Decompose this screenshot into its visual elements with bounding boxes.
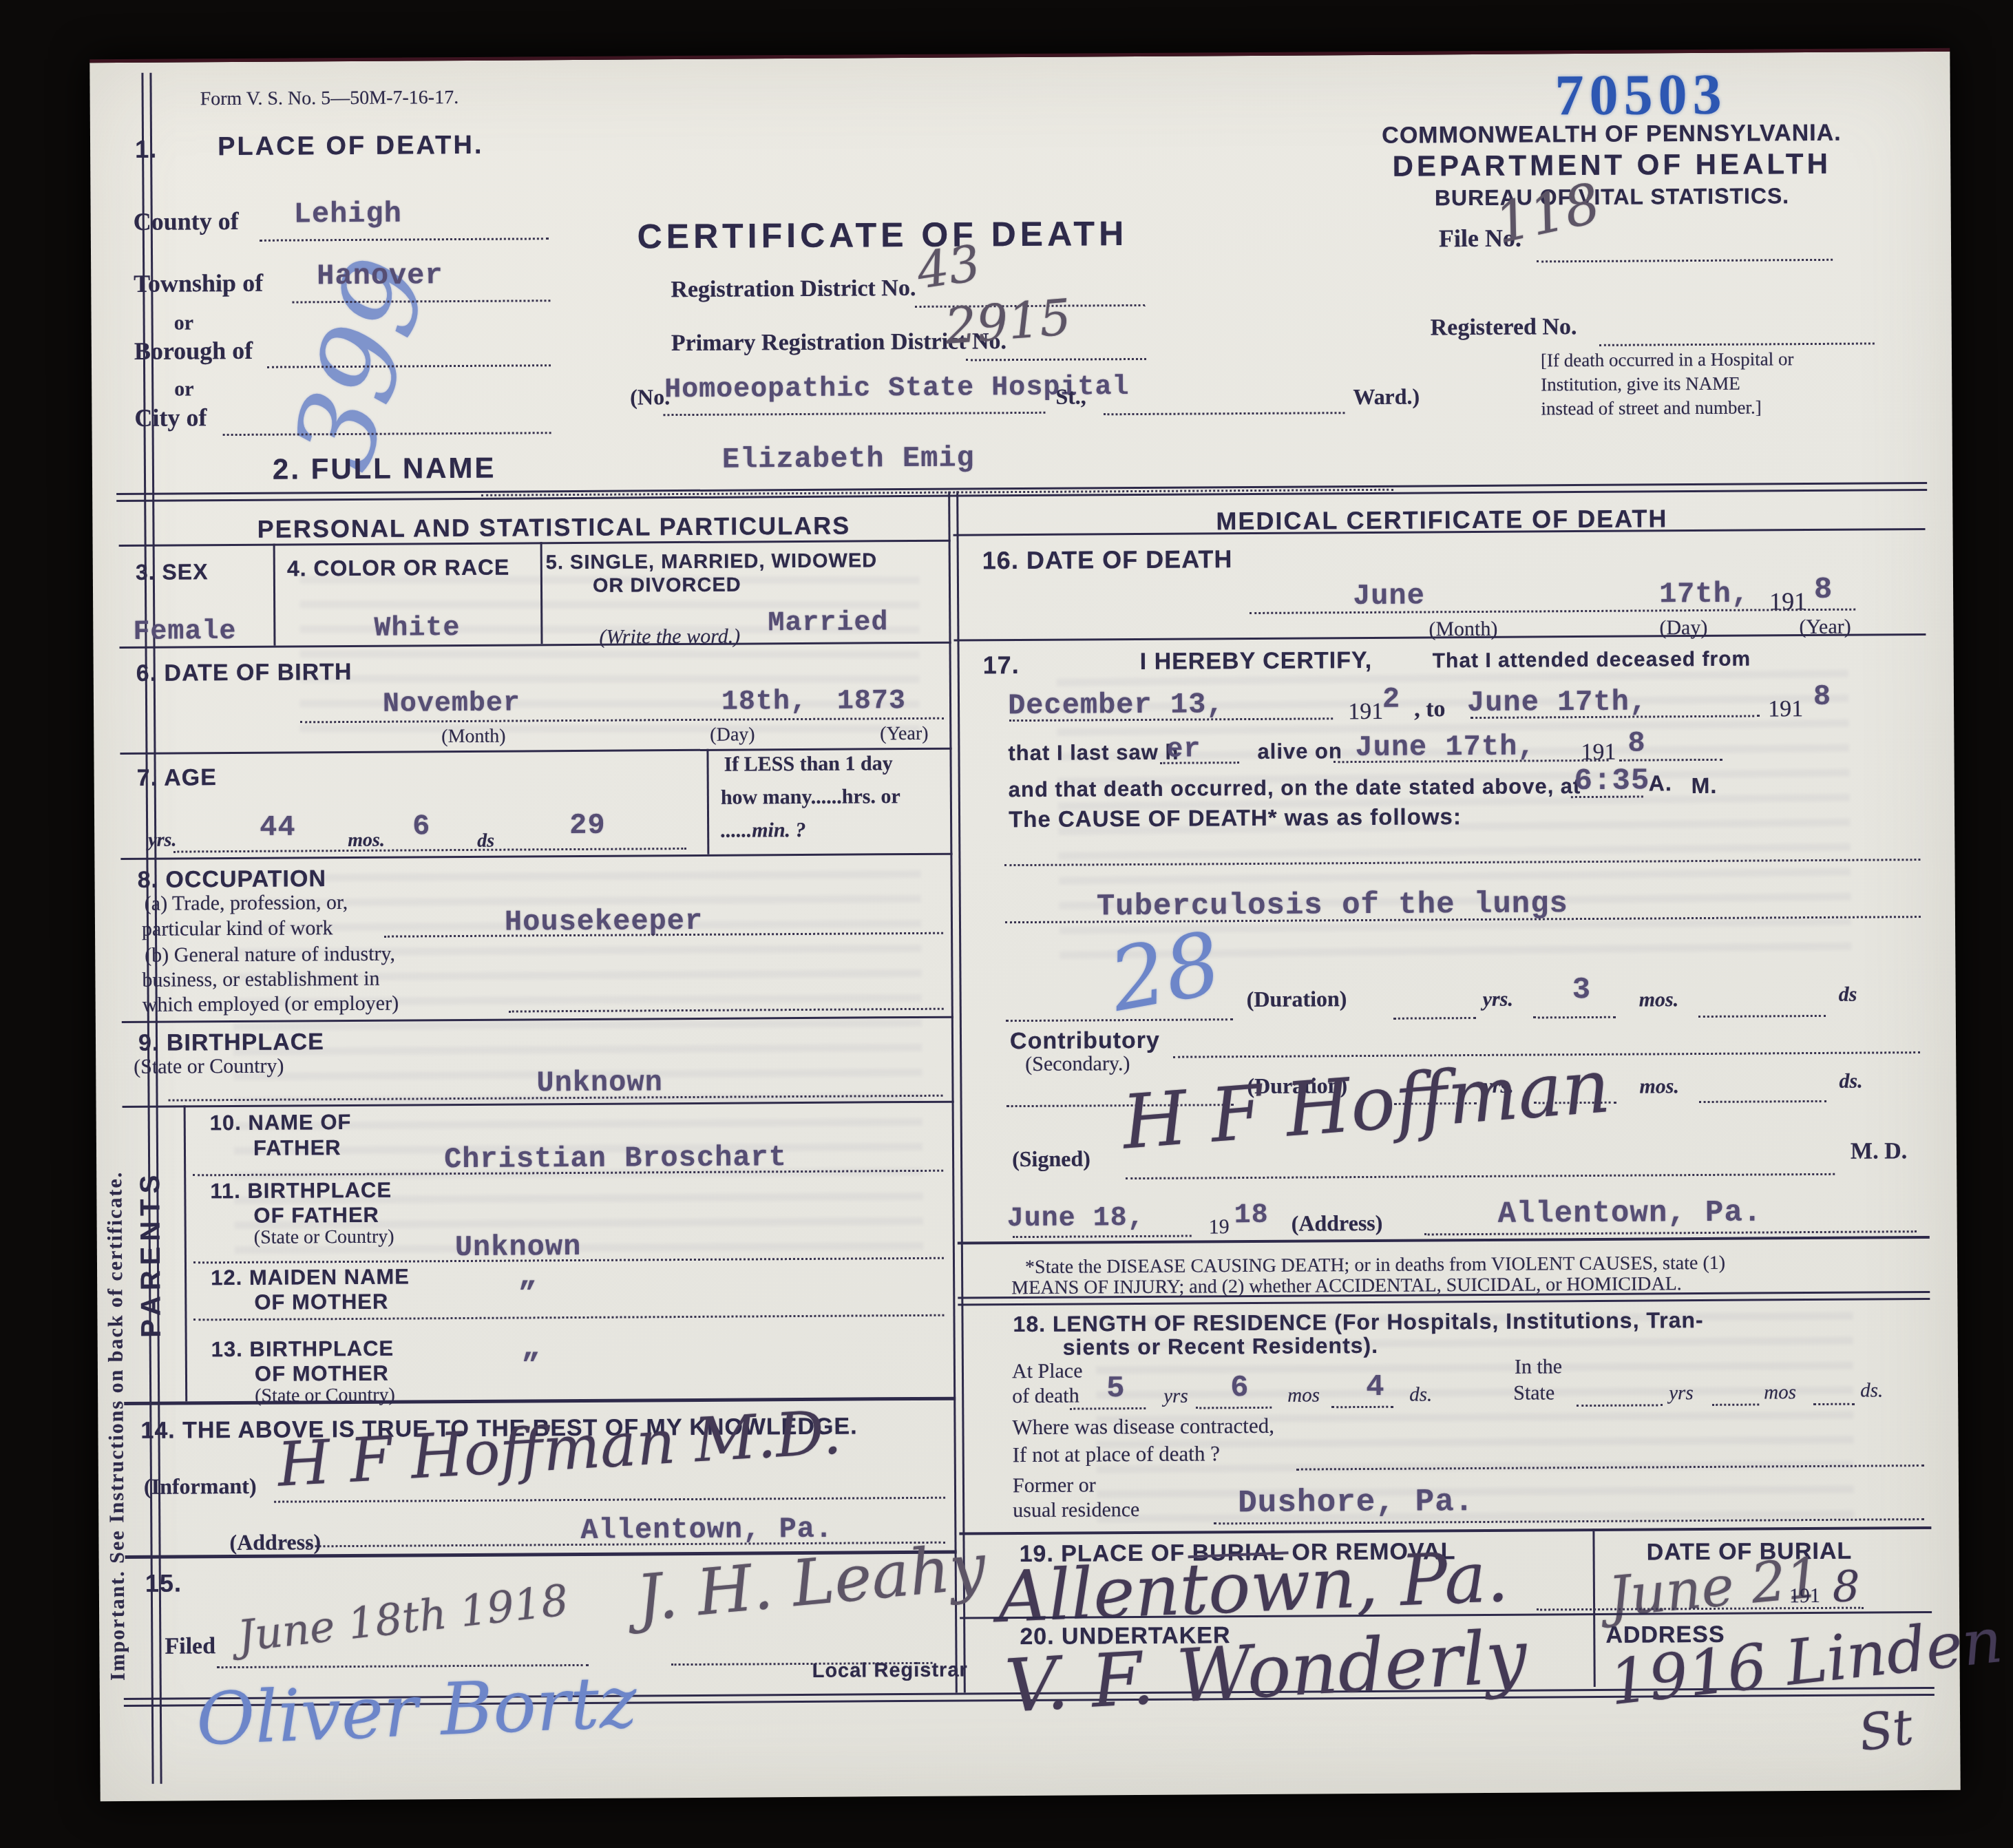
marital-value: Married <box>768 607 888 639</box>
dotted-line <box>1331 1406 1393 1409</box>
dotted-line <box>193 1314 944 1321</box>
saw-year-value: 8 <box>1627 726 1646 759</box>
state-mos-label: mos <box>1764 1381 1796 1404</box>
township-value: Hanover <box>317 259 443 293</box>
burial-year-preprint: 191 <box>1789 1584 1820 1608</box>
saw-year-preprint: 191 <box>1581 739 1616 766</box>
mother-birthplace-label2: OF MOTHER <box>255 1361 389 1387</box>
where-contracted-label1: Where was disease contracted, <box>1012 1414 1274 1440</box>
birth-day-value: 18th, <box>721 686 808 718</box>
mother-name-label2: OF MOTHER <box>254 1290 388 1315</box>
death-month-value: June <box>1353 579 1425 613</box>
signed-year-value: 18 <box>1234 1200 1268 1231</box>
birth-month-value: November <box>383 688 520 720</box>
date-of-birth-label: 6. DATE OF BIRTH <box>136 659 352 687</box>
dotted-line <box>1250 609 1855 614</box>
age-less-line1: If LESS than 1 day <box>724 752 892 776</box>
father-birthplace-hint: (State or Country) <box>254 1226 394 1249</box>
dotted-line <box>274 1497 945 1503</box>
mother-birthplace-ditto: ” <box>522 1349 541 1383</box>
state-yrs-label: yrs <box>1669 1382 1694 1405</box>
former-residence-label2: usual residence <box>1013 1498 1139 1522</box>
dotted-line <box>966 358 1146 361</box>
certify-rest-label: That I attended deceased from <box>1433 648 1751 673</box>
age-mos-value: 6 <box>412 810 431 843</box>
informant-address-label: (Address) <box>229 1529 321 1555</box>
borough-label: Borough of <box>134 336 253 366</box>
informant-label: (Informant) <box>144 1473 257 1500</box>
birth-year-value: 1873 <box>837 686 906 717</box>
dotted-line <box>663 412 1045 416</box>
at-place-label2: of death <box>1012 1385 1079 1409</box>
sex-value: Female <box>133 616 236 648</box>
duration-yrs-label: yrs. <box>1483 988 1513 1011</box>
county-label: County of <box>134 207 239 236</box>
filed-date-handwriting: June 18th 1918 <box>235 1575 571 1661</box>
last-saw-date-value: June 17th, <box>1355 730 1535 764</box>
am-label: A. <box>1649 770 1672 796</box>
dotted-line <box>1126 1173 1835 1179</box>
father-name-label2: FATHER <box>253 1135 341 1161</box>
mother-birthplace-label1: 13. BIRTHPLACE <box>211 1336 394 1363</box>
cell-divider <box>706 749 709 854</box>
residence-yrs-label: yrs <box>1163 1385 1188 1408</box>
duration2-mos-label: mos. <box>1639 1075 1679 1098</box>
duration-mos-label: mos. <box>1639 988 1679 1011</box>
md-label: M. D. <box>1851 1138 1907 1165</box>
father-name-label1: 10. NAME OF <box>210 1110 352 1135</box>
state-ds-label: ds. <box>1860 1379 1883 1402</box>
dotted-line <box>1393 1017 1476 1020</box>
commonwealth-line: COMMONWEALTH OF PENNSYLVANIA. <box>1326 119 1897 149</box>
city-label: City of <box>134 403 207 432</box>
place-of-death-heading: PLACE OF DEATH. <box>218 131 484 162</box>
race-value: White <box>374 613 460 644</box>
age-yrs-value: 44 <box>260 810 296 843</box>
residence-ds-value: 4 <box>1366 1370 1385 1405</box>
former-residence-label1: Former or <box>1013 1473 1096 1498</box>
age-yrs-label: yrs. <box>148 830 176 852</box>
registration-district-value: 43 <box>914 233 984 300</box>
rule <box>120 853 952 860</box>
occupation-a-label2: particular kind of work <box>142 916 333 941</box>
physician-signature: H F Hoffman <box>1119 1043 1613 1166</box>
dotted-line <box>1013 1235 1192 1239</box>
mother-name-label1: 12. MAIDEN NAME <box>211 1264 410 1290</box>
column-divider-rule <box>948 492 966 1693</box>
occupation-a-label1: (a) Trade, profession, or, <box>145 891 348 916</box>
duration-ds-label: ds <box>1839 983 1857 1007</box>
death-year-value: 8 <box>1814 573 1833 607</box>
section1-number: 1. <box>135 135 157 164</box>
last-saw-label: that I last saw h <box>1008 740 1179 766</box>
cell-divider <box>540 542 543 644</box>
bureau-line: BUREAU OF VITAL STATISTICS. <box>1326 182 1897 211</box>
section17-number: 17. <box>983 651 1020 680</box>
death-occurred-label: and that death occurred, on the date sta… <box>1009 774 1581 802</box>
dotted-line <box>1533 1016 1616 1019</box>
alive-on-label: alive on <box>1257 739 1342 764</box>
length-of-residence-label2: sients or Recent Residents). <box>1063 1333 1379 1361</box>
age-mos-label: mos. <box>348 830 385 852</box>
age-less-line3: ......min. ? <box>721 819 806 843</box>
death-time-value: 6:35 <box>1574 764 1650 799</box>
her-typed: er <box>1166 734 1201 765</box>
duration-mos-value: 3 <box>1572 973 1591 1007</box>
attended-from-value: December 13, <box>1008 688 1225 722</box>
cell-divider <box>273 544 276 646</box>
occupation-b-label3: which employed (or employer) <box>143 992 399 1017</box>
street-suffix-label: St., <box>1055 384 1086 409</box>
or-label: or <box>174 377 194 401</box>
occupation-b-label2: business, or establishment in <box>142 967 379 992</box>
race-label: 4. COLOR OR RACE <box>287 555 510 582</box>
undertaker-address-handwriting-2: St <box>1855 1697 1917 1762</box>
informant-signature: H F Hoffman M.D. <box>275 1396 843 1500</box>
certificate-title: CERTIFICATE OF DEATH <box>573 213 1192 256</box>
to-year-preprint: 191 <box>1768 696 1803 722</box>
primary-registration-value: 2915 <box>943 288 1073 355</box>
signed-date-value: June 18, <box>1006 1203 1144 1235</box>
father-birthplace-label1: 11. BIRTHPLACE <box>210 1178 392 1204</box>
filed-label: Filed <box>165 1633 215 1659</box>
hereby-certify-label: I HEREBY CERTIFY, <box>1140 647 1373 675</box>
hospital-instruction-note: [If death occurred in a Hospital or Inst… <box>1541 347 1796 421</box>
dotted-line <box>173 848 686 853</box>
from-year-preprint: 191 <box>1348 699 1383 725</box>
dotted-line <box>1599 342 1875 346</box>
dotted-line <box>1813 1403 1855 1405</box>
form-number: Form V. S. No. 5—50M-7-16-17. <box>200 87 459 110</box>
blue-pencil-code: 28 <box>1103 914 1229 1031</box>
dotted-line <box>1104 412 1345 415</box>
dotted-line <box>260 238 549 242</box>
parents-inner-divider <box>184 1105 188 1401</box>
attended-to-value: June 17th, <box>1467 685 1647 720</box>
township-label: Township of <box>134 269 263 298</box>
parents-vertical-label: PARENTS <box>135 1137 167 1371</box>
side-note-vertical: Important. See Instructions on back of c… <box>101 648 130 1681</box>
signed-year-preprint: 19 <box>1209 1215 1230 1239</box>
in-the-label2: State <box>1513 1381 1554 1405</box>
full-name-value: Elizabeth Emig <box>722 441 975 476</box>
day-hint: (Day) <box>710 724 755 746</box>
dotted-line <box>1699 1100 1826 1103</box>
age-label: 7. AGE <box>137 764 217 792</box>
registration-district-label: Registration District No. <box>671 275 916 303</box>
marital-label-2: OR DIVORCED <box>593 574 741 598</box>
registered-no-label: Registered No. <box>1431 314 1577 341</box>
residence-mos-label: mos <box>1287 1384 1320 1407</box>
sex-label: 3. SEX <box>136 559 209 585</box>
where-contracted-label2: If not at place of death ? <box>1013 1441 1220 1467</box>
dotted-line <box>1698 1015 1826 1018</box>
birthplace-hint: (State or Country) <box>134 1055 284 1079</box>
personal-particulars-heading: PERSONAL AND STATISTICAL PARTICULARS <box>161 511 946 545</box>
signed-address-label: (Address) <box>1292 1210 1383 1237</box>
from-year-value: 2 <box>1382 683 1401 716</box>
former-residence-value: Dushore, Pa. <box>1238 1484 1475 1521</box>
date-of-death-label: 16. DATE OF DEATH <box>982 545 1233 575</box>
death-certificate-scan: Important. See Instructions on back of c… <box>89 48 1960 1801</box>
birthplace-label: 9. BIRTHPLACE <box>138 1029 324 1057</box>
age-ds-value: 29 <box>569 809 606 842</box>
section15-number: 15. <box>145 1569 182 1598</box>
secondary-label: (Secondary.) <box>1025 1052 1130 1076</box>
local-registrar-label: Local Registrar <box>812 1659 968 1683</box>
duration2-ds-label: ds. <box>1839 1070 1862 1093</box>
death-year-preprint: 191 <box>1769 587 1806 616</box>
marital-label: 5. SINGLE, MARRIED, WIDOWED <box>546 549 878 574</box>
death-day-value: 17th, <box>1659 578 1749 611</box>
or-label: or <box>174 311 194 335</box>
clerk-blue-signature: Oliver Bortz <box>195 1659 639 1761</box>
residence-ds-label: ds. <box>1409 1383 1432 1406</box>
occupation-b-label1: (b) General nature of industry, <box>145 943 395 967</box>
father-birthplace-label2: OF FATHER <box>253 1203 379 1228</box>
at-place-label1: At Place <box>1012 1360 1083 1384</box>
mother-name-ditto: ” <box>518 1277 538 1312</box>
m-label: M. <box>1691 773 1718 799</box>
heavy-rule <box>959 1526 1931 1535</box>
certificate-number-stamp: 70503 <box>1554 61 1727 129</box>
month-hint: (Month) <box>441 726 506 748</box>
to-label: , to <box>1414 696 1446 722</box>
year-hint: (Year) <box>880 723 928 745</box>
burial-year-handwriting: 8 <box>1833 1562 1860 1612</box>
age-less-line2: how many......hrs. or <box>721 785 900 810</box>
county-value: Lehigh <box>294 198 403 231</box>
residence-yrs-value: 5 <box>1106 1372 1126 1406</box>
signed-address-value: Allentown, Pa. <box>1497 1195 1762 1231</box>
signed-label: (Signed) <box>1012 1146 1090 1172</box>
in-the-label1: In the <box>1515 1355 1562 1378</box>
occupation-label: 8. OCCUPATION <box>137 865 326 894</box>
to-year-value: 8 <box>1813 680 1832 713</box>
full-name-label: 2. FULL NAME <box>273 452 496 486</box>
ward-label: Ward.) <box>1353 384 1420 410</box>
department-line: DEPARTMENT OF HEALTH <box>1326 147 1897 183</box>
dotted-line <box>1712 1403 1759 1405</box>
dotted-line <box>1537 259 1833 263</box>
cause-of-death-label: The CAUSE OF DEATH* was as follows: <box>1009 804 1462 832</box>
file-no-value: 118 <box>1490 171 1606 256</box>
contributory-label: Contributory <box>1010 1027 1160 1055</box>
duration-label: (Duration) <box>1247 986 1347 1012</box>
dotted-line <box>1571 796 1643 799</box>
birthplace-value: Unknown <box>536 1066 663 1100</box>
residence-mos-value: 6 <box>1230 1371 1250 1405</box>
